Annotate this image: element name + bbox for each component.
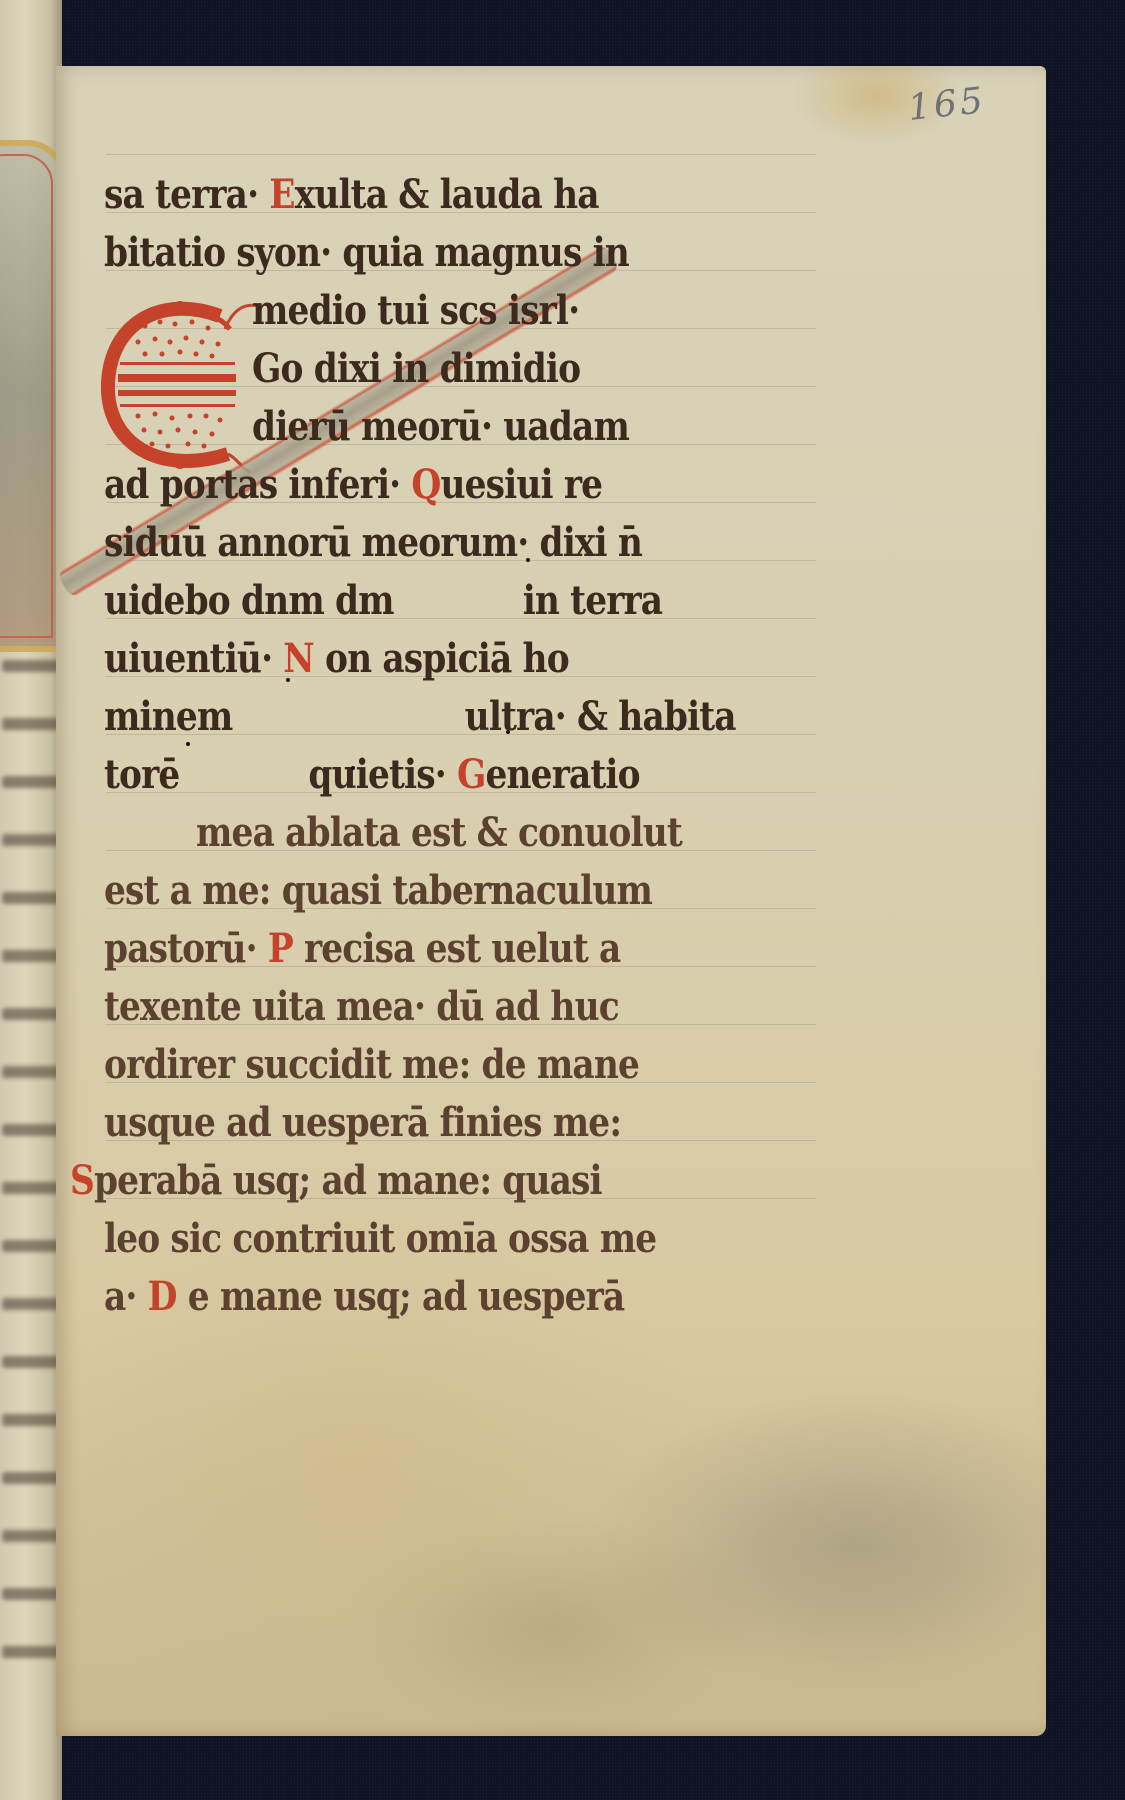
text-line-5: dierū meorū· uadam <box>252 402 629 452</box>
text-line-3: medio tui scs isrl· <box>252 286 579 336</box>
rubric-initial: E <box>269 171 294 218</box>
text-line-11: torēquietis· Generatio <box>104 750 640 800</box>
rubric-initial: Q <box>411 461 440 508</box>
rubric-initial: G <box>457 751 486 798</box>
rubric-initial: S <box>70 1157 94 1204</box>
text-line-17: usque ad uesperā finies me: <box>104 1098 621 1148</box>
rubric-initial: N <box>283 635 314 682</box>
text-line-9: uiuentiū· N on aspiciā ho <box>104 634 569 684</box>
text-line-4: Go dixi in dimidio <box>252 344 580 394</box>
text-line-6: ad portas inferi· Quesiui re <box>104 460 602 510</box>
text-line-10: minemultra· & habita <box>104 692 736 742</box>
text-line-12: mea ablata est & conuolut <box>196 808 682 858</box>
text-line-15: texente uita mea· dū ad huc <box>104 982 619 1032</box>
text-line-14: pastorū· P recisa est uelut a <box>104 924 620 974</box>
text-line-7: siduū annorū meorum· dixi n̄ <box>104 518 642 568</box>
decorated-initial-e-icon <box>100 294 260 474</box>
rubric-initial: P <box>268 925 293 972</box>
facing-page-text <box>2 660 62 1704</box>
folio-number: 165 <box>906 80 988 129</box>
text-line-8: uidebo dnm dmin terra <box>104 576 662 626</box>
rubric-initial: D <box>148 1273 177 1320</box>
text-line-19: leo sic contriuit omīa ossa me <box>104 1214 656 1264</box>
facing-page-miniature <box>0 140 62 652</box>
text-line-2: bitatio syon· quia magnus in <box>104 228 629 278</box>
text-line-13: est a me: quasi tabernaculum <box>104 866 652 916</box>
manuscript-page: 165 sa terra· Exul <box>56 66 1046 1736</box>
text-line-20: a· D e mane usq; ad uesperā <box>104 1272 624 1322</box>
text-line-1: sa terra· Exulta & lauda ha <box>104 170 599 220</box>
facing-page-edge <box>0 0 62 1800</box>
text-line-18: Sperabā usq; ad mane: quasi <box>70 1156 602 1206</box>
text-line-16: ordirer succidit me: de mane <box>104 1040 639 1090</box>
